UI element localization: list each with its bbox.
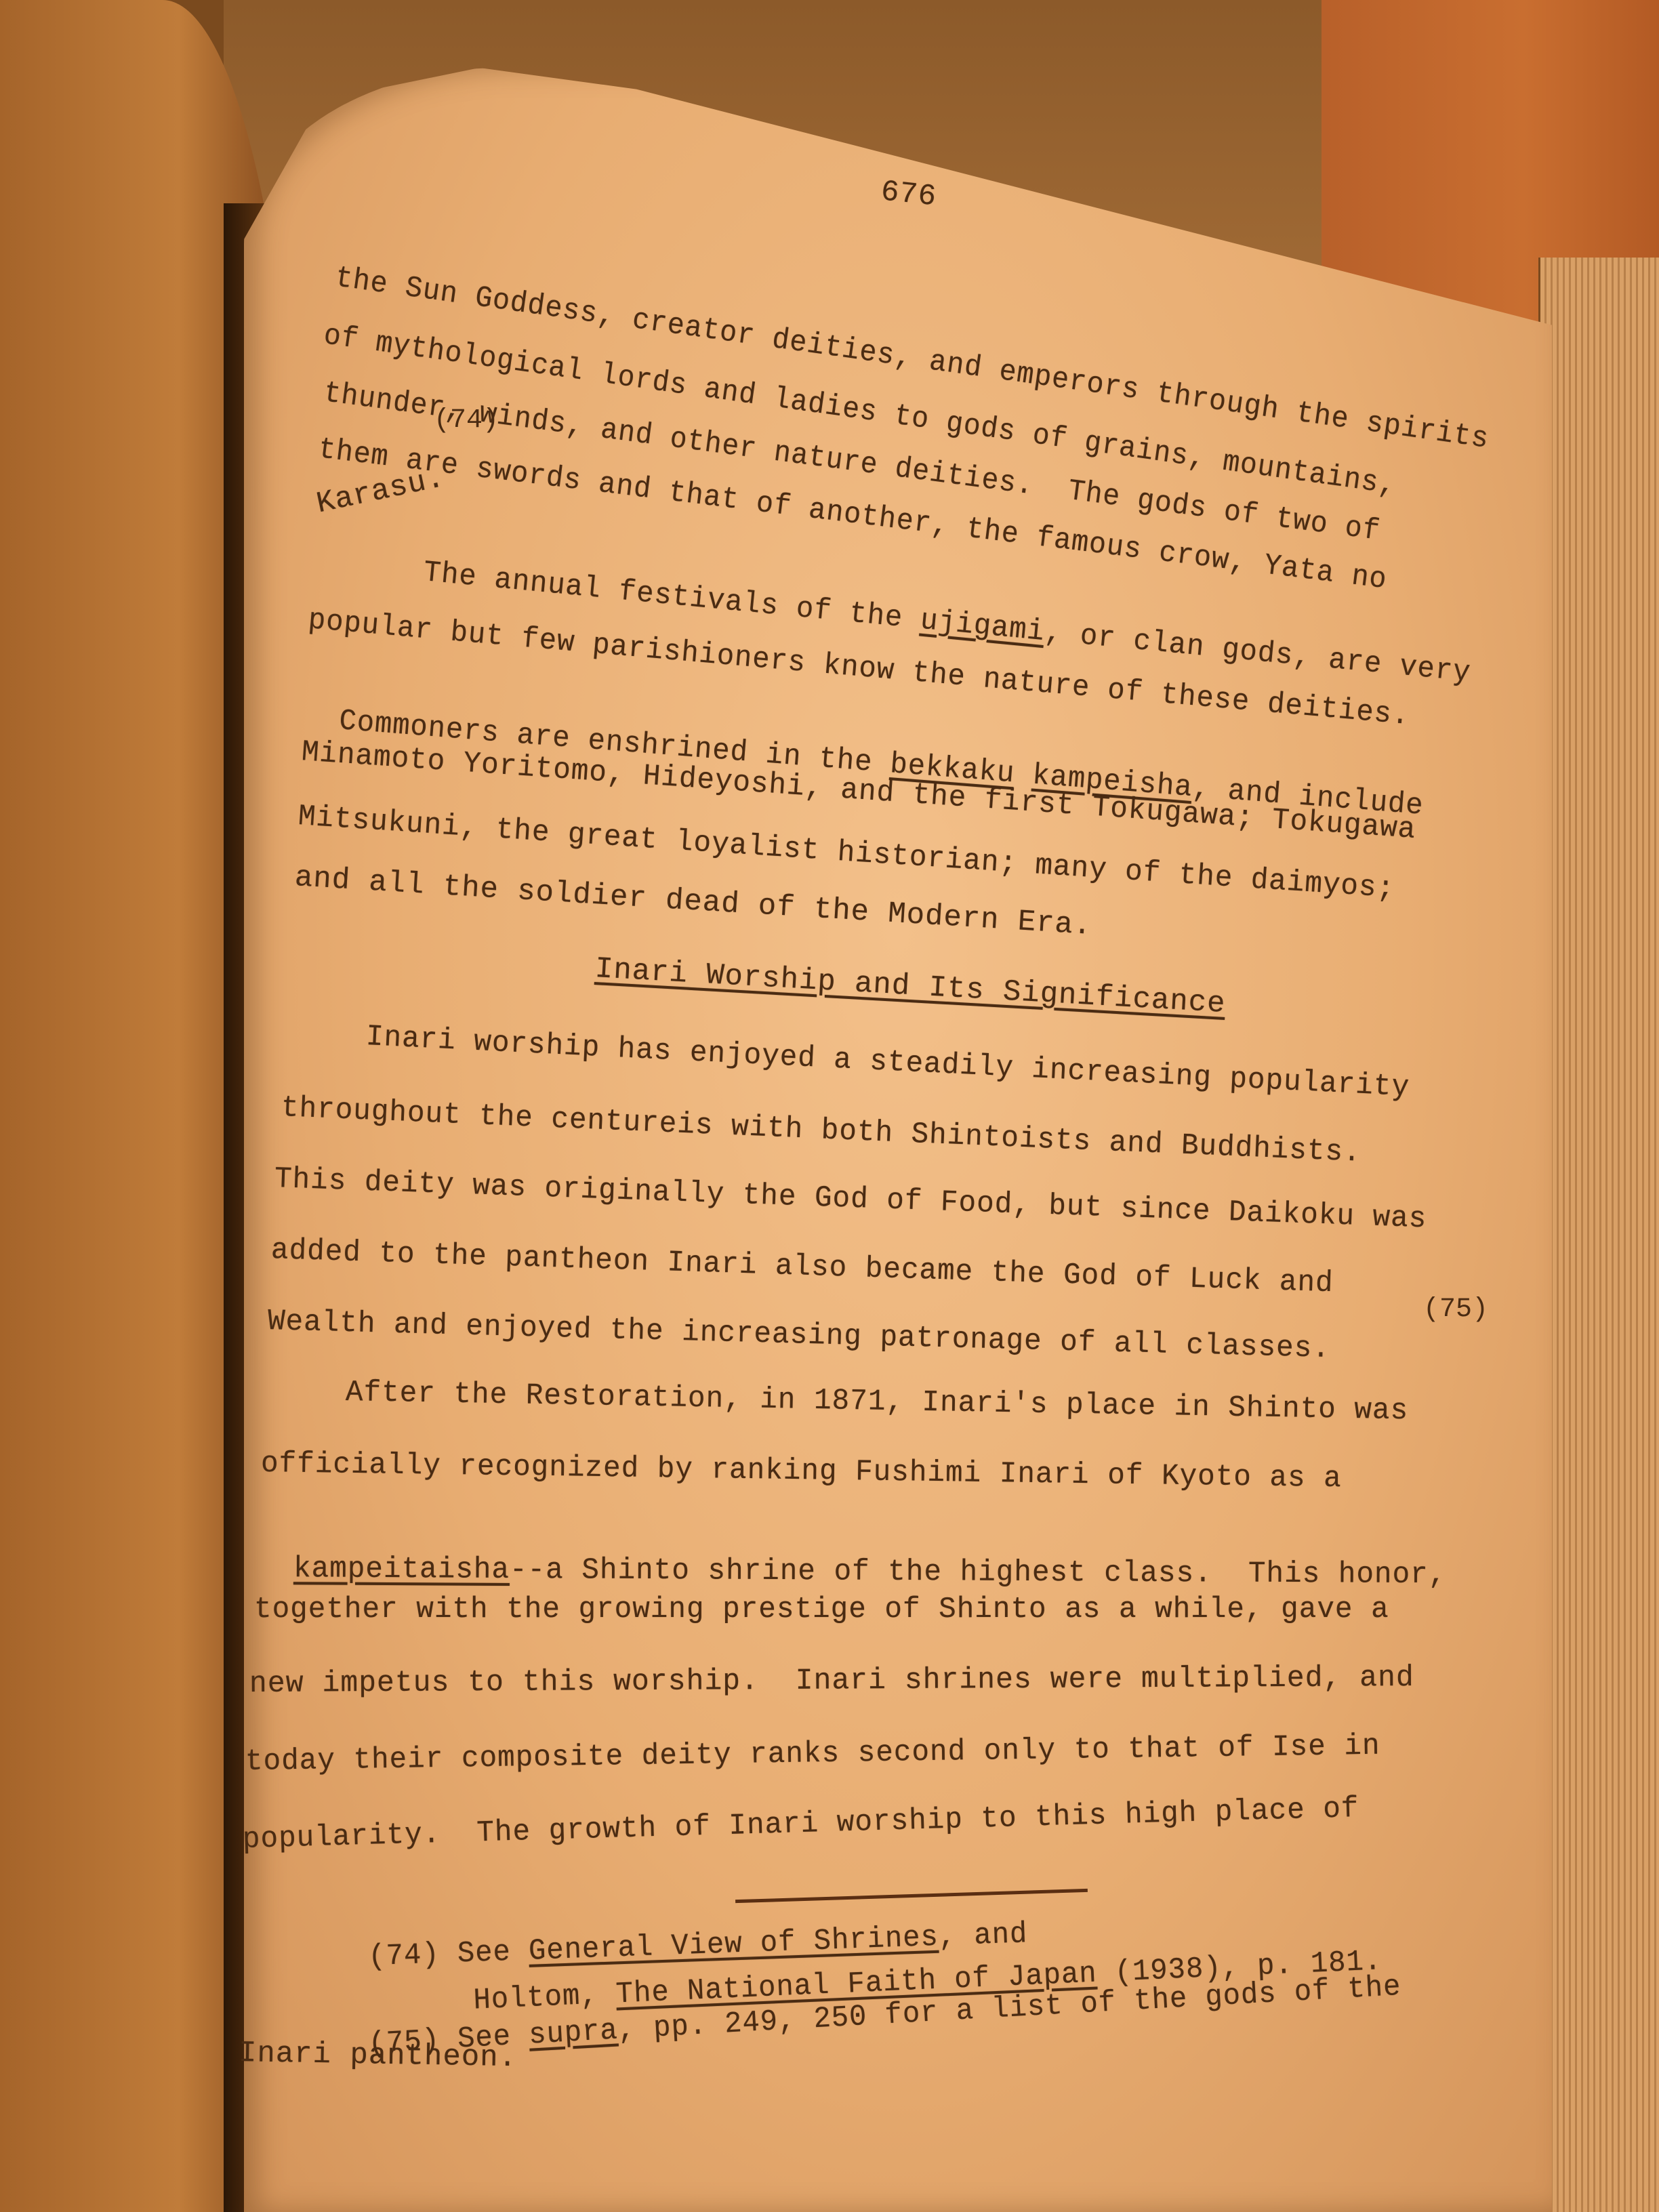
term-kampeitaisha: kampeitaisha bbox=[293, 1552, 510, 1587]
para4-text: --a Shinto shrine of the highest class. … bbox=[510, 1553, 1447, 1592]
footnote-75-term: supra bbox=[528, 2014, 619, 2053]
footnote-74-marker: (74) bbox=[368, 1938, 441, 1974]
footnote-ref-75: (75) bbox=[1423, 1294, 1488, 1325]
para4-line-5: new impetus to this worship. Inari shrin… bbox=[249, 1661, 1414, 1701]
footnote-ref-74: (74) bbox=[434, 405, 499, 436]
para4-line-3: kampeitaisha--a Shinto shrine of the hig… bbox=[258, 1518, 1447, 1592]
para4-line-4: together with the growing prestige of Sh… bbox=[254, 1593, 1389, 1626]
footnote-75-line-2: Inari pantheon. bbox=[239, 2036, 518, 2075]
page-stack-edge bbox=[1538, 258, 1659, 2212]
page-number: 676 bbox=[879, 175, 938, 214]
